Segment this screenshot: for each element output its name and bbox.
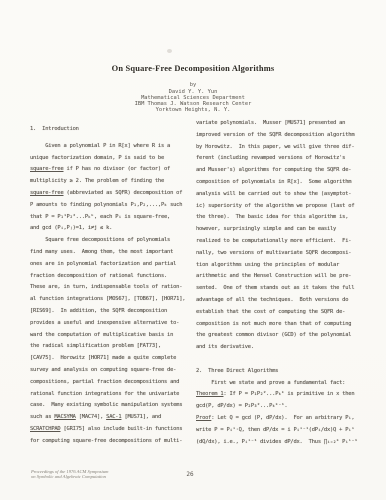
text-line: realized to be computationally more effi… (196, 236, 362, 248)
text-line: al function integrations [MOS67], [TOB67… (30, 294, 196, 306)
text-line: case. Many existing symbolic manipulatio… (30, 400, 196, 412)
text-line: the radical simplification problem [FAT7… (30, 341, 196, 353)
byline: by (0, 82, 386, 88)
text-line: and its derivative. (196, 342, 362, 354)
text-line: First we state and prove a fundamental f… (196, 378, 362, 390)
text-line: analysis will be carried out to show the… (196, 189, 362, 201)
section-heading-introduction: 1. Introduction (30, 124, 196, 136)
text-line: These are, in turn, indispensable tools … (30, 282, 196, 294)
text-line: composition is not much more than that o… (196, 319, 362, 331)
paper-page: On Square-Free Decomposition Algorithms … (0, 0, 386, 500)
text-line: tion algorithms using the principles of … (196, 260, 362, 272)
text-line: variate polynomials. Musser [MUS71] pres… (196, 118, 362, 130)
text-line: advantage of all the techniques. Both ve… (196, 295, 362, 307)
text-line: sented. One of them stands out as it tak… (196, 283, 362, 295)
text-line: square-free if P has no divisor (or fact… (30, 164, 196, 176)
text-line: provides a useful and inexpensive altern… (30, 318, 196, 330)
text-line: (dQ/dx), i.e., Pᵢⁱ⁻¹ divides dP/dx. Thus… (196, 437, 362, 449)
text-line: establish that the cost of computing the… (196, 307, 362, 319)
text-line: ferent (including revamped versions of H… (196, 153, 362, 165)
text-line: by Horowitz. In this paper, we will give… (196, 142, 362, 154)
text-line: and Musser's) algorithms for computing t… (196, 165, 362, 177)
right-column-text: variate polynomials. Musser [MUS71] pres… (196, 118, 362, 448)
text-line: however, surprisingly simple and can be … (196, 224, 362, 236)
text-line: SCRATCHPAD [GRI75] also include built-in… (30, 424, 196, 436)
text-line: unique factorization domain, P is said t… (30, 153, 196, 165)
text-line: [CAV75]. Horowitz [HOR71] made a quite c… (30, 353, 196, 365)
footnote-line: on Symbolic and Algebraic Computation (31, 474, 108, 479)
footnote: Proceedings of the 1976 ACM Symposiumon … (31, 469, 108, 480)
text-line: arithmetic and the Hensel Construction w… (196, 271, 362, 283)
column-right: variate polynomials. Musser [MUS71] pres… (196, 118, 362, 448)
text-line: for computing square-free decompositions… (30, 436, 196, 448)
text-line: ic) superiority of the algorithm we prop… (196, 201, 362, 213)
text-line: compositions, partial fraction decomposi… (30, 377, 196, 389)
text-line: fraction decomposition of rational funct… (30, 271, 196, 283)
page-number: 26 (160, 471, 220, 478)
text-line: rational function integrations for the u… (30, 389, 196, 401)
text-line: write P = Pᵢⁱ·Q, then dP/dx = i Pᵢⁱ⁻¹(dP… (196, 425, 362, 437)
text-line: find many uses. Among them, the most imp… (30, 247, 196, 259)
text-line: 2. Three Direct Algorithms (196, 366, 362, 378)
author-line: Yorktown Heights, N. Y. (0, 107, 386, 113)
text-line: and gcd (Pᵢ,Pⱼ)=1, i≠j ≤ k. (30, 223, 196, 235)
text-line: multiplicity ≥ 2. The problem of finding… (30, 176, 196, 188)
text-line: the greatest common divisor (GCD) of the… (196, 330, 362, 342)
text-line: ones are in polynomial factorization and… (30, 259, 196, 271)
page-title: On Square-Free Decomposition Algorithms (0, 64, 386, 73)
text-line (196, 354, 362, 366)
text-line: such as MACSYMA [MAC74], SAC-1 [MUS71], … (30, 412, 196, 424)
text-line: Given a polynomial P in R[x] where R is … (30, 141, 196, 153)
text-line: Square free decompositions of polynomial… (30, 235, 196, 247)
text-line: that P = P₁¹P₂²...Pₖᵏ, each Pᵢ is square… (30, 212, 196, 224)
text-line: square-free (abbreviated as SQFR) decomp… (30, 188, 196, 200)
text-line: P amounts to finding polynomials P₁,P₂,.… (30, 200, 196, 212)
text-line: gcd(P, dP/dx) = P₂P₃²...Pₖᵏ⁻¹. (196, 401, 362, 413)
text-line: [RIS69]. In addition, the SQFR decomposi… (30, 306, 196, 318)
text-line: improved version of the SQFR decompositi… (196, 130, 362, 142)
text-line: Theorem 1: If P = P₁P₂²...Pₖᵏ is primiti… (196, 389, 362, 401)
left-column-text: Given a polynomial P in R[x] where R is … (30, 141, 196, 448)
text-line: ward the computation of multiplicative b… (30, 330, 196, 342)
column-left: 1. Introduction Given a polynomial P in … (30, 124, 196, 448)
text-line: composition of polynomials in R[x]. Some… (196, 177, 362, 189)
author-block: David Y. Y. YunMathematical Sciences Dep… (0, 89, 386, 113)
text-line: nally, two versions of multivariate SQFR… (196, 248, 362, 260)
scan-artifact (167, 49, 172, 53)
text-line: Proof: Let Q = gcd (P, dP/dx). For an ar… (196, 413, 362, 425)
text-line: survey and analysis on computing square-… (30, 365, 196, 377)
text-line: the three). The basic idea for this algo… (196, 212, 362, 224)
